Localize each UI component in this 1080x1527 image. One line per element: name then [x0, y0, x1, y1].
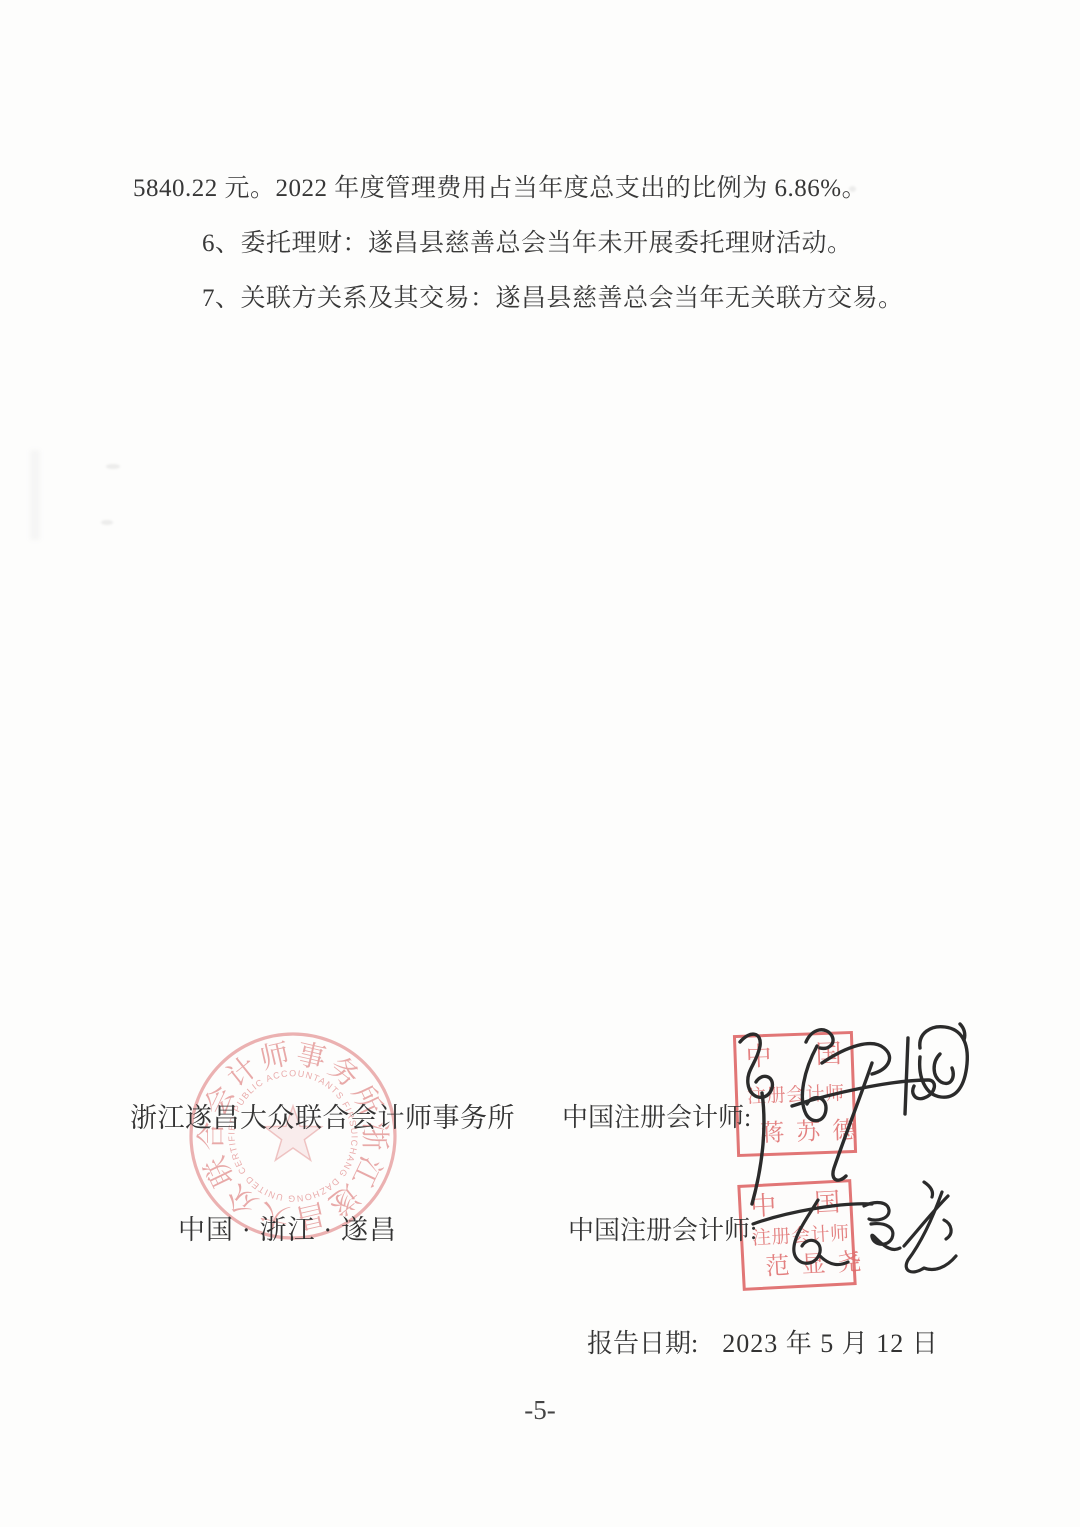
stamp1-row1-right: 国 — [815, 1041, 842, 1068]
body-item-7: 7、关联方关系及其交易：遂昌县慈善总会当年无关联方交易。 — [202, 278, 904, 314]
stamp2-row1-right: 国 — [814, 1190, 841, 1217]
stamp2-name: 范显尧 — [753, 1252, 844, 1281]
report-date-value: 2023 年 5 月 12 日 — [722, 1329, 939, 1358]
report-date: 报告日期:2023 年 5 月 12 日 — [587, 1323, 939, 1360]
report-date-label: 报告日期: — [587, 1329, 698, 1358]
stamp1-row1: 中 国 — [745, 1041, 842, 1070]
stamp2-row2: 注册会计师 — [752, 1224, 843, 1248]
cpa-label-1: 中国注册会计师: — [562, 1097, 751, 1134]
cpa-label-2: 中国注册会计师: — [568, 1210, 757, 1247]
stamp1-row2: 注册会计师 — [747, 1084, 844, 1106]
cpa-square-stamp-1: 中 国 注册会计师 蒋苏德 — [733, 1031, 857, 1157]
scan-smudge — [106, 464, 120, 469]
scan-streak — [30, 450, 40, 540]
scan-smudge — [101, 520, 113, 525]
stamp2-row1: 中 国 — [750, 1190, 841, 1221]
document-page: 5840.22 元。2022 年度管理费用占当年度总支出的比例为 6.86%。 … — [0, 0, 1080, 1527]
stamp1-row1-left: 中 — [745, 1044, 772, 1071]
body-item-6: 6、委托理财：遂昌县慈善总会当年未开展委托理财活动。 — [202, 223, 853, 259]
stamp1-name: 蒋苏德 — [748, 1119, 845, 1146]
firm-name: 浙江遂昌大众联合会计师事务所 — [130, 1096, 515, 1135]
firm-location: 中国 · 浙江 · 遂昌 — [178, 1208, 397, 1247]
body-line-1: 5840.22 元。2022 年度管理费用占当年度总支出的比例为 6.86%。 — [133, 168, 867, 204]
page-number: -5- — [0, 1395, 1080, 1426]
